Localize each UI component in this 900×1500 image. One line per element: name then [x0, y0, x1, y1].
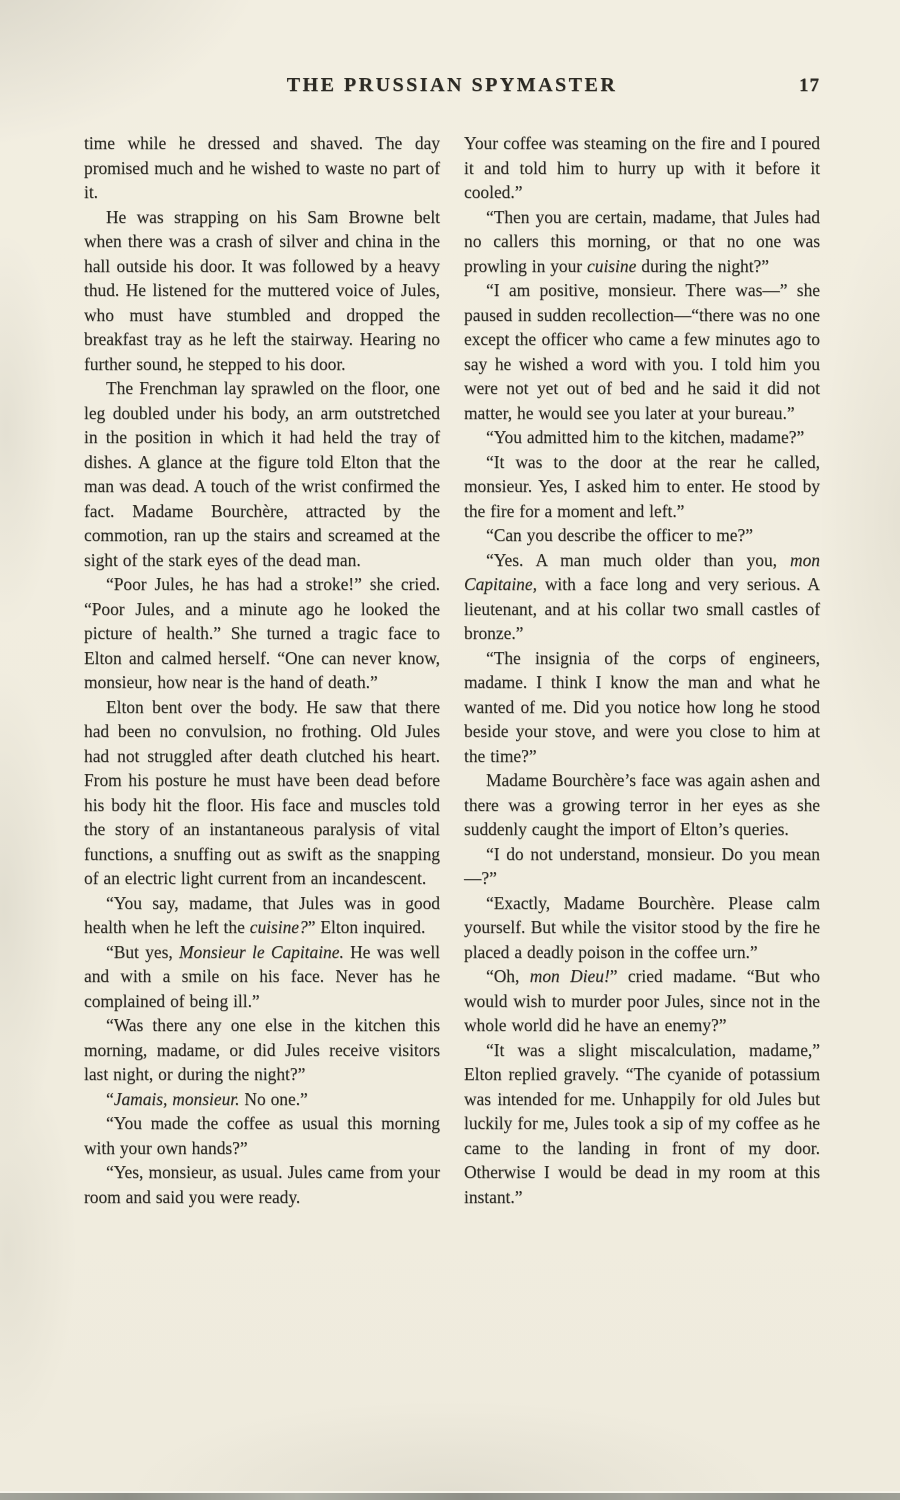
paragraph: “Yes, monsieur, as usual. Jules came fro…: [84, 1160, 440, 1209]
text-run: Elton bent over the body. He saw that th…: [84, 697, 440, 889]
text-run: time while he dressed and shaved. The da…: [84, 133, 440, 202]
text-run: ” Elton inquired.: [308, 917, 426, 937]
italic-text-run: Jamais, monsieur.: [114, 1089, 240, 1109]
text-run: “It was to the door at the rear he calle…: [464, 452, 820, 521]
text-run: “But yes,: [106, 942, 179, 962]
paragraph: “You made the coffee as usual this morni…: [84, 1111, 440, 1160]
page-header-title: THE PRUSSIAN SPYMASTER: [84, 74, 820, 97]
paragraph: “I am positive, monsieur. There was—” sh…: [464, 278, 820, 425]
paragraph: He was strapping on his Sam Browne belt …: [84, 205, 440, 377]
left-column: time while he dressed and shaved. The da…: [84, 131, 440, 1209]
paragraph: “Can you describe the officer to me?”: [464, 523, 820, 548]
italic-text-run: Monsieur le Capitaine.: [179, 942, 344, 962]
paragraph: Madame Bourchère’s face was again ashen …: [464, 768, 820, 842]
text-run: “The insignia of the corps of engineers,…: [464, 648, 820, 766]
paragraph: “Poor Jules, he has had a stroke!” she c…: [84, 572, 440, 695]
text-columns: time while he dressed and shaved. The da…: [84, 131, 820, 1209]
paragraph: “Jamais, monsieur. No one.”: [84, 1087, 440, 1112]
text-run: No one.”: [239, 1089, 307, 1109]
text-run: “Oh,: [486, 966, 530, 986]
text-run: “Yes, monsieur, as usual. Jules came fro…: [84, 1162, 440, 1207]
text-run: The Frenchman lay sprawled on the floor,…: [84, 378, 440, 570]
text-run: “You admitted him to the kitchen, madame…: [486, 427, 804, 447]
text-run: “Exactly, Madame Bourchère. Please calm …: [464, 893, 820, 962]
paragraph: time while he dressed and shaved. The da…: [84, 131, 440, 205]
paragraph: “Oh, mon Dieu!” cried madame. “But who w…: [464, 964, 820, 1038]
page-number: 17: [799, 75, 820, 97]
paragraph: “Exactly, Madame Bourchère. Please calm …: [464, 891, 820, 965]
paragraph: “It was to the door at the rear he calle…: [464, 450, 820, 524]
text-run: “It was a slight miscalculation, madame,…: [464, 1040, 820, 1207]
text-run: “Can you describe the officer to me?”: [486, 525, 753, 545]
italic-text-run: cuisine?: [250, 917, 308, 937]
paragraph: “It was a slight miscalculation, madame,…: [464, 1038, 820, 1210]
book-page-scan: THE PRUSSIAN SPYMASTER 17 time while he …: [0, 0, 900, 1500]
paragraph: “But yes, Monsieur le Capitaine. He was …: [84, 940, 440, 1014]
text-run: “Poor Jules, he has had a stroke!” she c…: [84, 574, 440, 692]
paragraph: Your coffee was steaming on the fire and…: [464, 131, 820, 205]
text-run: “I am positive, monsieur. There was—” sh…: [464, 280, 820, 423]
running-head: THE PRUSSIAN SPYMASTER 17: [84, 74, 820, 102]
paragraph: “Was there any one else in the kitchen t…: [84, 1013, 440, 1087]
text-run: “Was there any one else in the kitchen t…: [84, 1015, 440, 1084]
scan-bottom-edge: [0, 1491, 900, 1500]
text-run: Madame Bourchère’s face was again ashen …: [464, 770, 820, 839]
text-run: He was strapping on his Sam Browne belt …: [84, 207, 440, 374]
paragraph: “Then you are certain, madame, that Jule…: [464, 205, 820, 279]
italic-text-run: mon Dieu!: [530, 966, 610, 986]
text-run: “I do not understand, monsieur. Do you m…: [464, 844, 820, 889]
right-column: Your coffee was steaming on the fire and…: [464, 131, 820, 1209]
paragraph: “You say, madame, that Jules was in good…: [84, 891, 440, 940]
paragraph: “You admitted him to the kitchen, madame…: [464, 425, 820, 450]
paragraph: The Frenchman lay sprawled on the floor,…: [84, 376, 440, 572]
italic-text-run: cuisine: [587, 256, 636, 276]
paragraph: “The insignia of the corps of engineers,…: [464, 646, 820, 769]
text-run: “You made the coffee as usual this morni…: [84, 1113, 440, 1158]
text-run: Your coffee was steaming on the fire and…: [464, 133, 820, 202]
text-run: “Yes. A man much older than you,: [486, 550, 790, 570]
paragraph: “Yes. A man much older than you, mon Cap…: [464, 548, 820, 646]
text-run: “: [106, 1089, 114, 1109]
paragraph: “I do not understand, monsieur. Do you m…: [464, 842, 820, 891]
text-run: during the night?”: [636, 256, 769, 276]
paragraph: Elton bent over the body. He saw that th…: [84, 695, 440, 891]
